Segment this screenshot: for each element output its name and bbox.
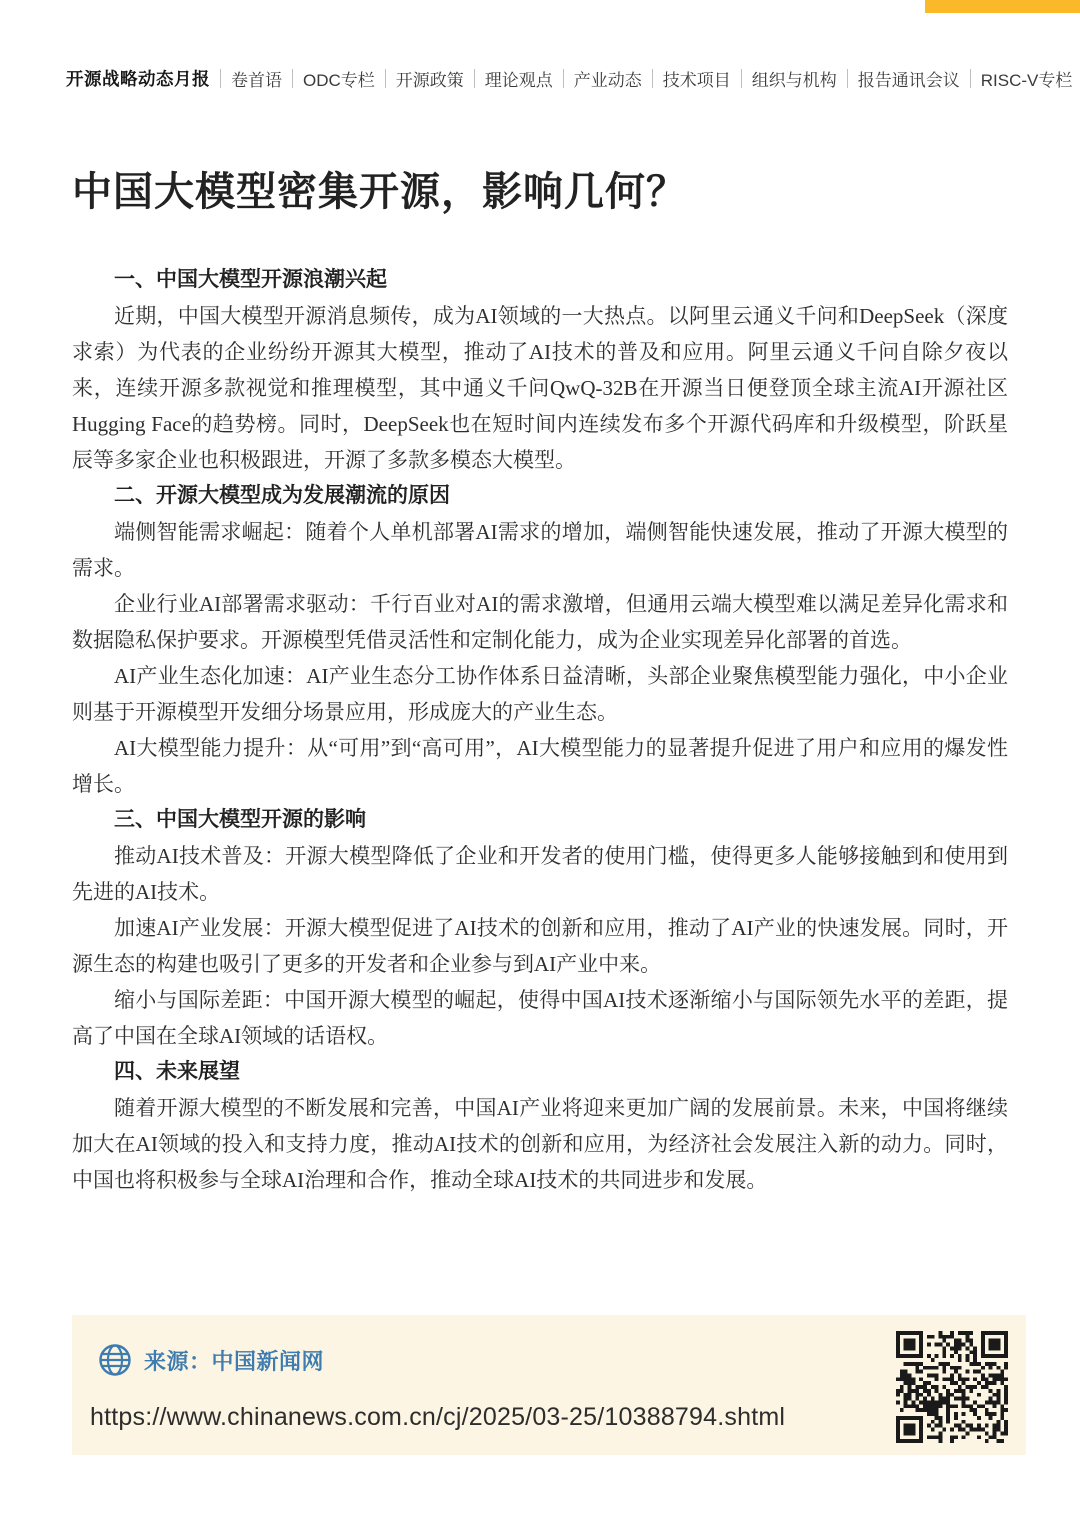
nav-separator bbox=[385, 69, 386, 88]
article-title: 中国大模型密集开源，影响几何？ bbox=[72, 160, 687, 217]
nav-item-8[interactable]: 报告通讯会议 bbox=[858, 66, 960, 91]
nav-item-5[interactable]: 产业动态 bbox=[574, 66, 642, 91]
nav-separator bbox=[652, 69, 653, 88]
nav-item-3[interactable]: 开源政策 bbox=[396, 66, 464, 91]
source-box: 来源：中国新闻网 https://www.chinanews.com.cn/cj… bbox=[72, 1315, 1026, 1455]
paragraph: 推动AI技术普及：开源大模型降低了企业和开发者的使用门槛，使得更多人能够接触到和… bbox=[72, 838, 1008, 910]
article-body: 一、中国大模型开源浪潮兴起近期，中国大模型开源消息频传，成为AI领域的一大热点。… bbox=[72, 262, 1008, 1198]
paragraph: AI大模型能力提升：从“可用”到“高可用”，AI大模型能力的显著提升促进了用户和… bbox=[72, 730, 1008, 802]
paragraph: 端侧智能需求崛起：随着个人单机部署AI需求的增加，端侧智能快速发展，推动了开源大… bbox=[72, 514, 1008, 586]
paragraph: 企业行业AI部署需求驱动：千行百业对AI的需求激增，但通用云端大模型难以满足差异… bbox=[72, 586, 1008, 658]
nav-separator bbox=[563, 69, 564, 88]
globe-icon bbox=[98, 1343, 132, 1377]
source-url-link[interactable]: https://www.chinanews.com.cn/cj/2025/03-… bbox=[90, 1403, 785, 1432]
nav-item-2[interactable]: ODC专栏 bbox=[303, 66, 375, 91]
section-heading-4: 四、未来展望 bbox=[72, 1054, 1008, 1090]
header-nav: 卷首语ODC专栏开源政策理论观点产业动态技术项目组织与机构报告通讯会议RISC-… bbox=[210, 66, 1080, 91]
nav-item-7[interactable]: 组织与机构 bbox=[752, 66, 837, 91]
nav-item-4[interactable]: 理论观点 bbox=[485, 66, 553, 91]
magazine-brand: 开源战略动态月报 bbox=[66, 66, 210, 91]
nav-separator bbox=[292, 69, 293, 88]
paragraph: 近期，中国大模型开源消息频传，成为AI领域的一大热点。以阿里云通义千问和Deep… bbox=[72, 298, 1008, 478]
nav-item-6[interactable]: 技术项目 bbox=[663, 66, 731, 91]
section-heading-2: 二、开源大模型成为发展潮流的原因 bbox=[72, 478, 1008, 514]
nav-separator bbox=[220, 69, 221, 88]
nav-separator bbox=[847, 69, 848, 88]
nav-separator bbox=[741, 69, 742, 88]
magazine-page: 开源战略动态月报 卷首语ODC专栏开源政策理论观点产业动态技术项目组织与机构报告… bbox=[0, 0, 1080, 1528]
paragraph: 随着开源大模型的不断发展和完善，中国AI产业将迎来更加广阔的发展前景。未来，中国… bbox=[72, 1090, 1008, 1198]
nav-item-1[interactable]: 卷首语 bbox=[231, 66, 282, 91]
qr-code bbox=[896, 1331, 1008, 1443]
paragraph: 缩小与国际差距：中国开源大模型的崛起，使得中国AI技术逐渐缩小与国际领先水平的差… bbox=[72, 982, 1008, 1054]
paragraph: AI产业生态化加速：AI产业生态分工协作体系日益清晰，头部企业聚焦模型能力强化，… bbox=[72, 658, 1008, 730]
nav-separator bbox=[474, 69, 475, 88]
section-heading-1: 一、中国大模型开源浪潮兴起 bbox=[72, 262, 1008, 298]
top-accent-strip bbox=[925, 0, 1080, 13]
source-line: 来源：中国新闻网 bbox=[98, 1343, 324, 1377]
section-heading-3: 三、中国大模型开源的影响 bbox=[72, 802, 1008, 838]
nav-item-9[interactable]: RISC-V专栏 bbox=[981, 66, 1073, 91]
nav-separator bbox=[970, 69, 971, 88]
page-header: 开源战略动态月报 卷首语ODC专栏开源政策理论观点产业动态技术项目组织与机构报告… bbox=[66, 52, 1060, 104]
source-label: 来源：中国新闻网 bbox=[144, 1345, 324, 1376]
paragraph: 加速AI产业发展：开源大模型促进了AI技术的创新和应用，推动了AI产业的快速发展… bbox=[72, 910, 1008, 982]
